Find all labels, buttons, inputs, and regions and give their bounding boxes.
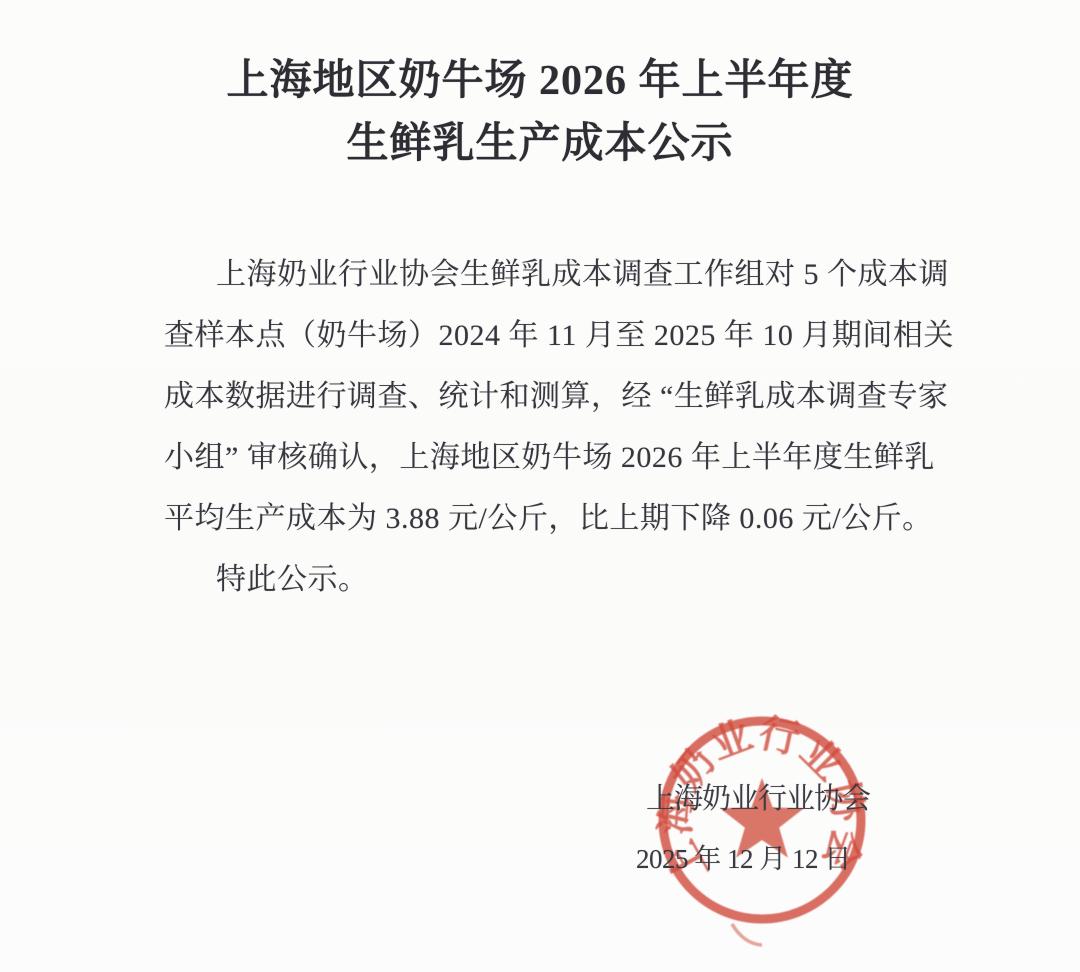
body-line-closing: 特此公示。: [164, 549, 984, 610]
title-line-2: 生鲜乳生产成本公示: [0, 113, 1080, 176]
signature-organization: 上海奶业行业协会: [646, 776, 870, 817]
seal-ring: [663, 721, 861, 919]
scanned-notice-page: 上海地区奶牛场 2026 年上半年度 生鲜乳生产成本公示 上海奶业行业协会生鲜乳…: [0, 0, 1080, 972]
body-line-4: 小组” 审核确认，上海地区奶牛场 2026 年上半年度生鲜乳: [164, 427, 984, 488]
seal-ink-smudge: [732, 924, 762, 945]
body-line-3: 成本数据进行调查、统计和测算，经 “生鲜乳成本调查专家: [164, 366, 984, 427]
notice-body: 上海奶业行业协会生鲜乳成本调查工作组对 5 个成本调 查样本点（奶牛场）2024…: [164, 244, 984, 610]
body-line-1: 上海奶业行业协会生鲜乳成本调查工作组对 5 个成本调: [164, 244, 984, 305]
official-seal-stamp: 上海奶业行业协会: [654, 710, 870, 950]
body-line-2: 查样本点（奶牛场）2024 年 11 月至 2025 年 10 月期间相关: [164, 305, 984, 366]
seal-ring-text: 上海奶业行业协会: [654, 710, 870, 890]
seal-ring-text-container: 上海奶业行业协会: [654, 710, 870, 890]
title-line-1: 上海地区奶牛场 2026 年上半年度: [0, 50, 1080, 113]
document-title: 上海地区奶牛场 2026 年上半年度 生鲜乳生产成本公示: [0, 50, 1080, 176]
seal-star-icon: [720, 778, 804, 858]
body-line-5: 平均生产成本为 3.88 元/公斤，比上期下降 0.06 元/公斤。: [164, 488, 984, 549]
signature-date: 2025 年 12 月 12 日: [636, 837, 851, 876]
